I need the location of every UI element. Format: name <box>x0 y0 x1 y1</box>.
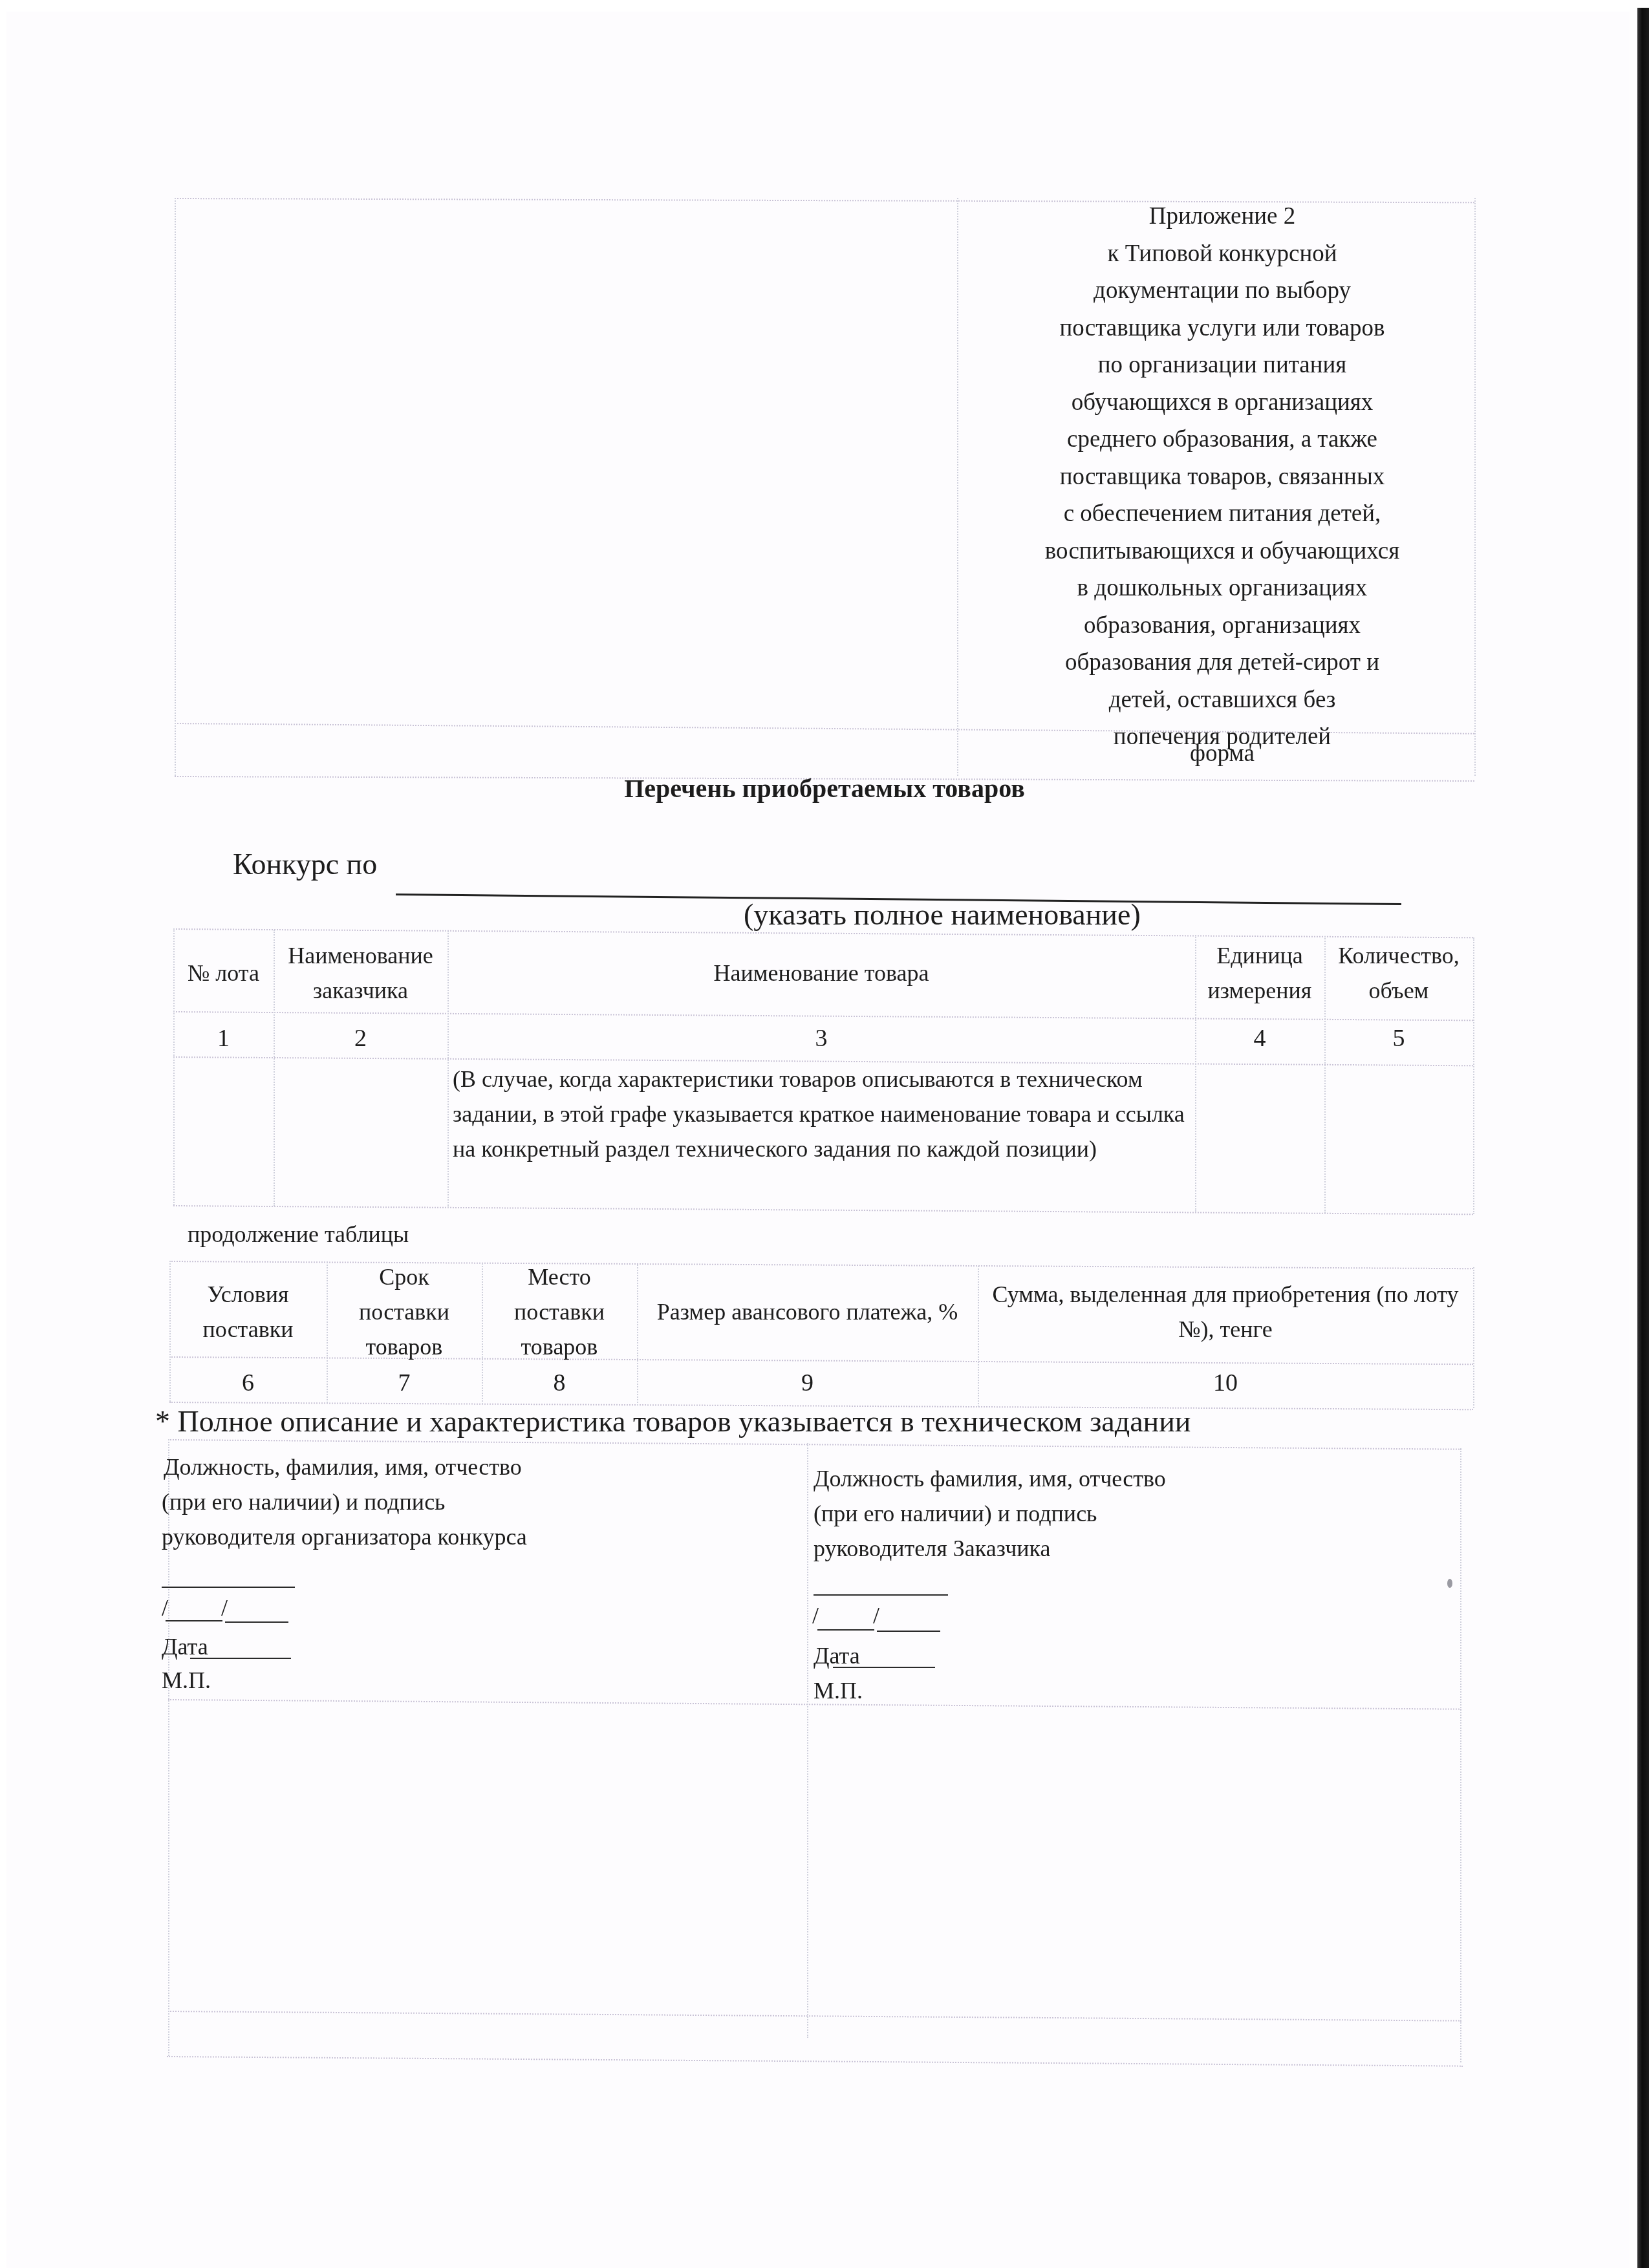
column-number: 1 <box>217 1021 230 1056</box>
organizer-slash-1: / <box>162 1594 168 1621</box>
appendix-line: детей, оставшихся без <box>957 681 1487 719</box>
header-cell: Единица измерения <box>1200 931 1319 1015</box>
scan-speck <box>1447 1579 1452 1588</box>
number-cell: 9 <box>642 1360 973 1406</box>
appendix-line: документации по выбору <box>957 272 1487 310</box>
column-number: 8 <box>554 1365 566 1400</box>
customer-slash-1: / <box>812 1602 819 1629</box>
number-cell: 8 <box>487 1360 632 1406</box>
organizer-signature-line[interactable] <box>162 1587 295 1588</box>
customer-title-line2: (при его наличии) и подпись <box>814 1496 1097 1531</box>
organizer-title-line1: Должность, фамилия, имя, отчество <box>164 1450 522 1484</box>
appendix-line: поставщика товаров, связанных <box>957 458 1487 496</box>
column-header: Размер авансового платежа, % <box>657 1294 958 1329</box>
header-cell: Сумма, выделенная для приобретения (по л… <box>983 1263 1468 1360</box>
header-cell: Размер авансового платежа, % <box>642 1263 973 1360</box>
cell-value: (В случае, когда характеристики товаров … <box>453 1062 1190 1166</box>
column-number: 10 <box>1213 1365 1238 1400</box>
appendix-line: в дошкольных организациях <box>957 570 1487 607</box>
column-number: 9 <box>801 1365 814 1400</box>
appendix-line: с обеспечением питания детей, <box>957 495 1487 533</box>
customer-title-line1: Должность фамилия, имя, отчество <box>814 1461 1166 1496</box>
number-cell: 4 <box>1200 1015 1319 1062</box>
number-cell: 6 <box>175 1360 321 1406</box>
number-cell: 5 <box>1330 1015 1468 1062</box>
table-continuation-label: продолжение таблицы <box>188 1221 409 1248</box>
contest-label: Конкурс по <box>233 847 377 881</box>
number-cell: 3 <box>453 1015 1190 1062</box>
header-cell: Количество, объем <box>1330 931 1468 1015</box>
customer-name-field[interactable] <box>877 1631 940 1632</box>
appendix-line: поставщика услуги или товаров <box>957 310 1487 347</box>
header-cell: Срок поставки товаров <box>332 1263 477 1360</box>
contest-hint: (указать полное наименование) <box>744 897 1141 932</box>
customer-stamp-label: М.П. <box>814 1673 863 1708</box>
table-cell[interactable] <box>178 1062 268 1210</box>
organizer-title-line2: (при его наличии) и подпись <box>162 1484 446 1519</box>
organizer-stamp-label: М.П. <box>162 1663 211 1698</box>
appendix-line: по организации питания <box>957 347 1487 384</box>
column-header: Срок поставки товаров <box>332 1259 477 1364</box>
customer-signature-field[interactable] <box>817 1629 874 1631</box>
organizer-date-field[interactable] <box>190 1658 291 1659</box>
appendix-text: Приложение 2к Типовой конкурснойдокумент… <box>957 198 1487 756</box>
column-header: Количество, объем <box>1330 938 1468 1008</box>
column-header: Сумма, выделенная для приобретения (по л… <box>983 1277 1468 1347</box>
footnote: * Полное описание и характеристика товар… <box>155 1404 1191 1439</box>
column-header: Наименование заказчика <box>279 938 442 1008</box>
organizer-signature-field[interactable] <box>166 1620 222 1621</box>
customer-date-field[interactable] <box>833 1667 935 1668</box>
column-number: 5 <box>1393 1021 1405 1056</box>
column-number: 3 <box>815 1021 828 1056</box>
scanner-edge-shadow <box>1637 8 1649 2268</box>
column-header: Единица измерения <box>1200 938 1319 1008</box>
header-cell: Место поставки товаров <box>487 1263 632 1360</box>
organizer-slash-2: / <box>221 1594 228 1621</box>
table-cell[interactable] <box>1330 1062 1468 1210</box>
customer-title-line3: руководителя Заказчика <box>814 1531 1050 1566</box>
table-cell[interactable] <box>279 1062 442 1210</box>
number-cell: 1 <box>178 1015 268 1062</box>
form-label: форма <box>957 740 1487 767</box>
number-cell: 7 <box>332 1360 477 1406</box>
table-cell[interactable] <box>1200 1062 1319 1210</box>
number-cell: 2 <box>279 1015 442 1062</box>
column-header: № лота <box>188 956 259 990</box>
header-cell: Наименование заказчика <box>279 931 442 1015</box>
header-cell: Наименование товара <box>453 931 1190 1015</box>
appendix-line: воспитывающихся и обучающихся <box>957 533 1487 570</box>
appendix-line: обучающихся в организациях <box>957 384 1487 422</box>
column-header: Наименование товара <box>713 956 929 990</box>
column-number: 2 <box>354 1021 367 1056</box>
appendix-line: образования для детей-сирот и <box>957 644 1487 681</box>
column-header: Место поставки товаров <box>487 1259 632 1364</box>
customer-signature-line[interactable] <box>814 1594 948 1596</box>
column-header: Условия поставки <box>175 1277 321 1347</box>
organizer-title-line3: руководителя организатора конкурса <box>162 1519 527 1554</box>
document-title: Перечень приобретаемых товаров <box>0 773 1649 804</box>
appendix-line: среднего образования, а также <box>957 421 1487 458</box>
header-cell: № лота <box>178 931 268 1015</box>
appendix-line: Приложение 2 <box>957 198 1487 235</box>
appendix-line: образования, организациях <box>957 607 1487 645</box>
organizer-name-field[interactable] <box>225 1621 288 1623</box>
column-number: 4 <box>1254 1021 1266 1056</box>
appendix-line: к Типовой конкурсной <box>957 235 1487 273</box>
column-number: 7 <box>398 1365 411 1400</box>
customer-slash-2: / <box>873 1602 879 1629</box>
table-cell[interactable]: (В случае, когда характеристики товаров … <box>453 1062 1190 1210</box>
number-cell: 10 <box>983 1360 1468 1406</box>
column-number: 6 <box>242 1365 254 1400</box>
contest-name-input[interactable] <box>396 852 1401 892</box>
header-cell: Условия поставки <box>175 1263 321 1360</box>
